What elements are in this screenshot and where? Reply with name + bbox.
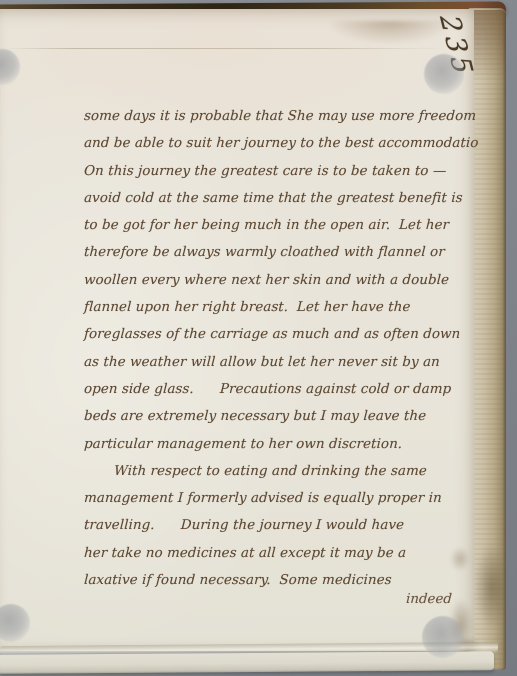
manuscript-line: as the weather will allow but let her ne… <box>83 349 478 376</box>
glass-weight-bottom-right <box>422 616 464 658</box>
manuscript-line: On this journey the greatest care is to … <box>83 158 478 185</box>
paper-stain <box>330 21 450 43</box>
text-block: some days it is probable that She may us… <box>84 103 478 594</box>
manuscript-line: her take no medicines at all except it m… <box>83 540 478 567</box>
manuscript-line: foreglasses of the carriage as much and … <box>83 321 478 348</box>
manuscript-line: woollen every where next her skin and wi… <box>83 267 478 294</box>
manuscript-line: to be got for her being much in the open… <box>83 212 478 239</box>
underlying-pages-edge <box>0 651 494 673</box>
photo-backdrop: 235 some days it is probable that She ma… <box>0 0 517 676</box>
paper-crease <box>6 48 446 49</box>
manuscript-line: beds are extremely necessary but I may l… <box>83 403 478 430</box>
fore-edge-stain <box>474 545 504 630</box>
manuscript-line: flannel upon her right breast. Let her h… <box>83 294 478 321</box>
manuscript-line: management I formerly advised is equally… <box>83 485 478 512</box>
manuscript-line: some days it is probable that She may us… <box>83 103 478 130</box>
glass-weight-top-right <box>424 54 464 94</box>
manuscript-line: avoid cold at the same time that the gre… <box>83 185 478 212</box>
catchword: indeed <box>406 592 453 607</box>
manuscript-line: therefore be always warmly cloathed with… <box>83 239 478 266</box>
manuscript-line: laxative if found necessary. Some medici… <box>83 567 478 594</box>
manuscript-line: With respect to eating and drinking the … <box>83 458 478 485</box>
manuscript-line: open side glass. Precautions against col… <box>83 376 478 403</box>
manuscript-line: travelling. During the journey I would h… <box>83 512 478 539</box>
manuscript-line: particular management to her own discret… <box>83 431 478 458</box>
manuscript-line: and be able to suit her journey to the b… <box>83 130 478 157</box>
